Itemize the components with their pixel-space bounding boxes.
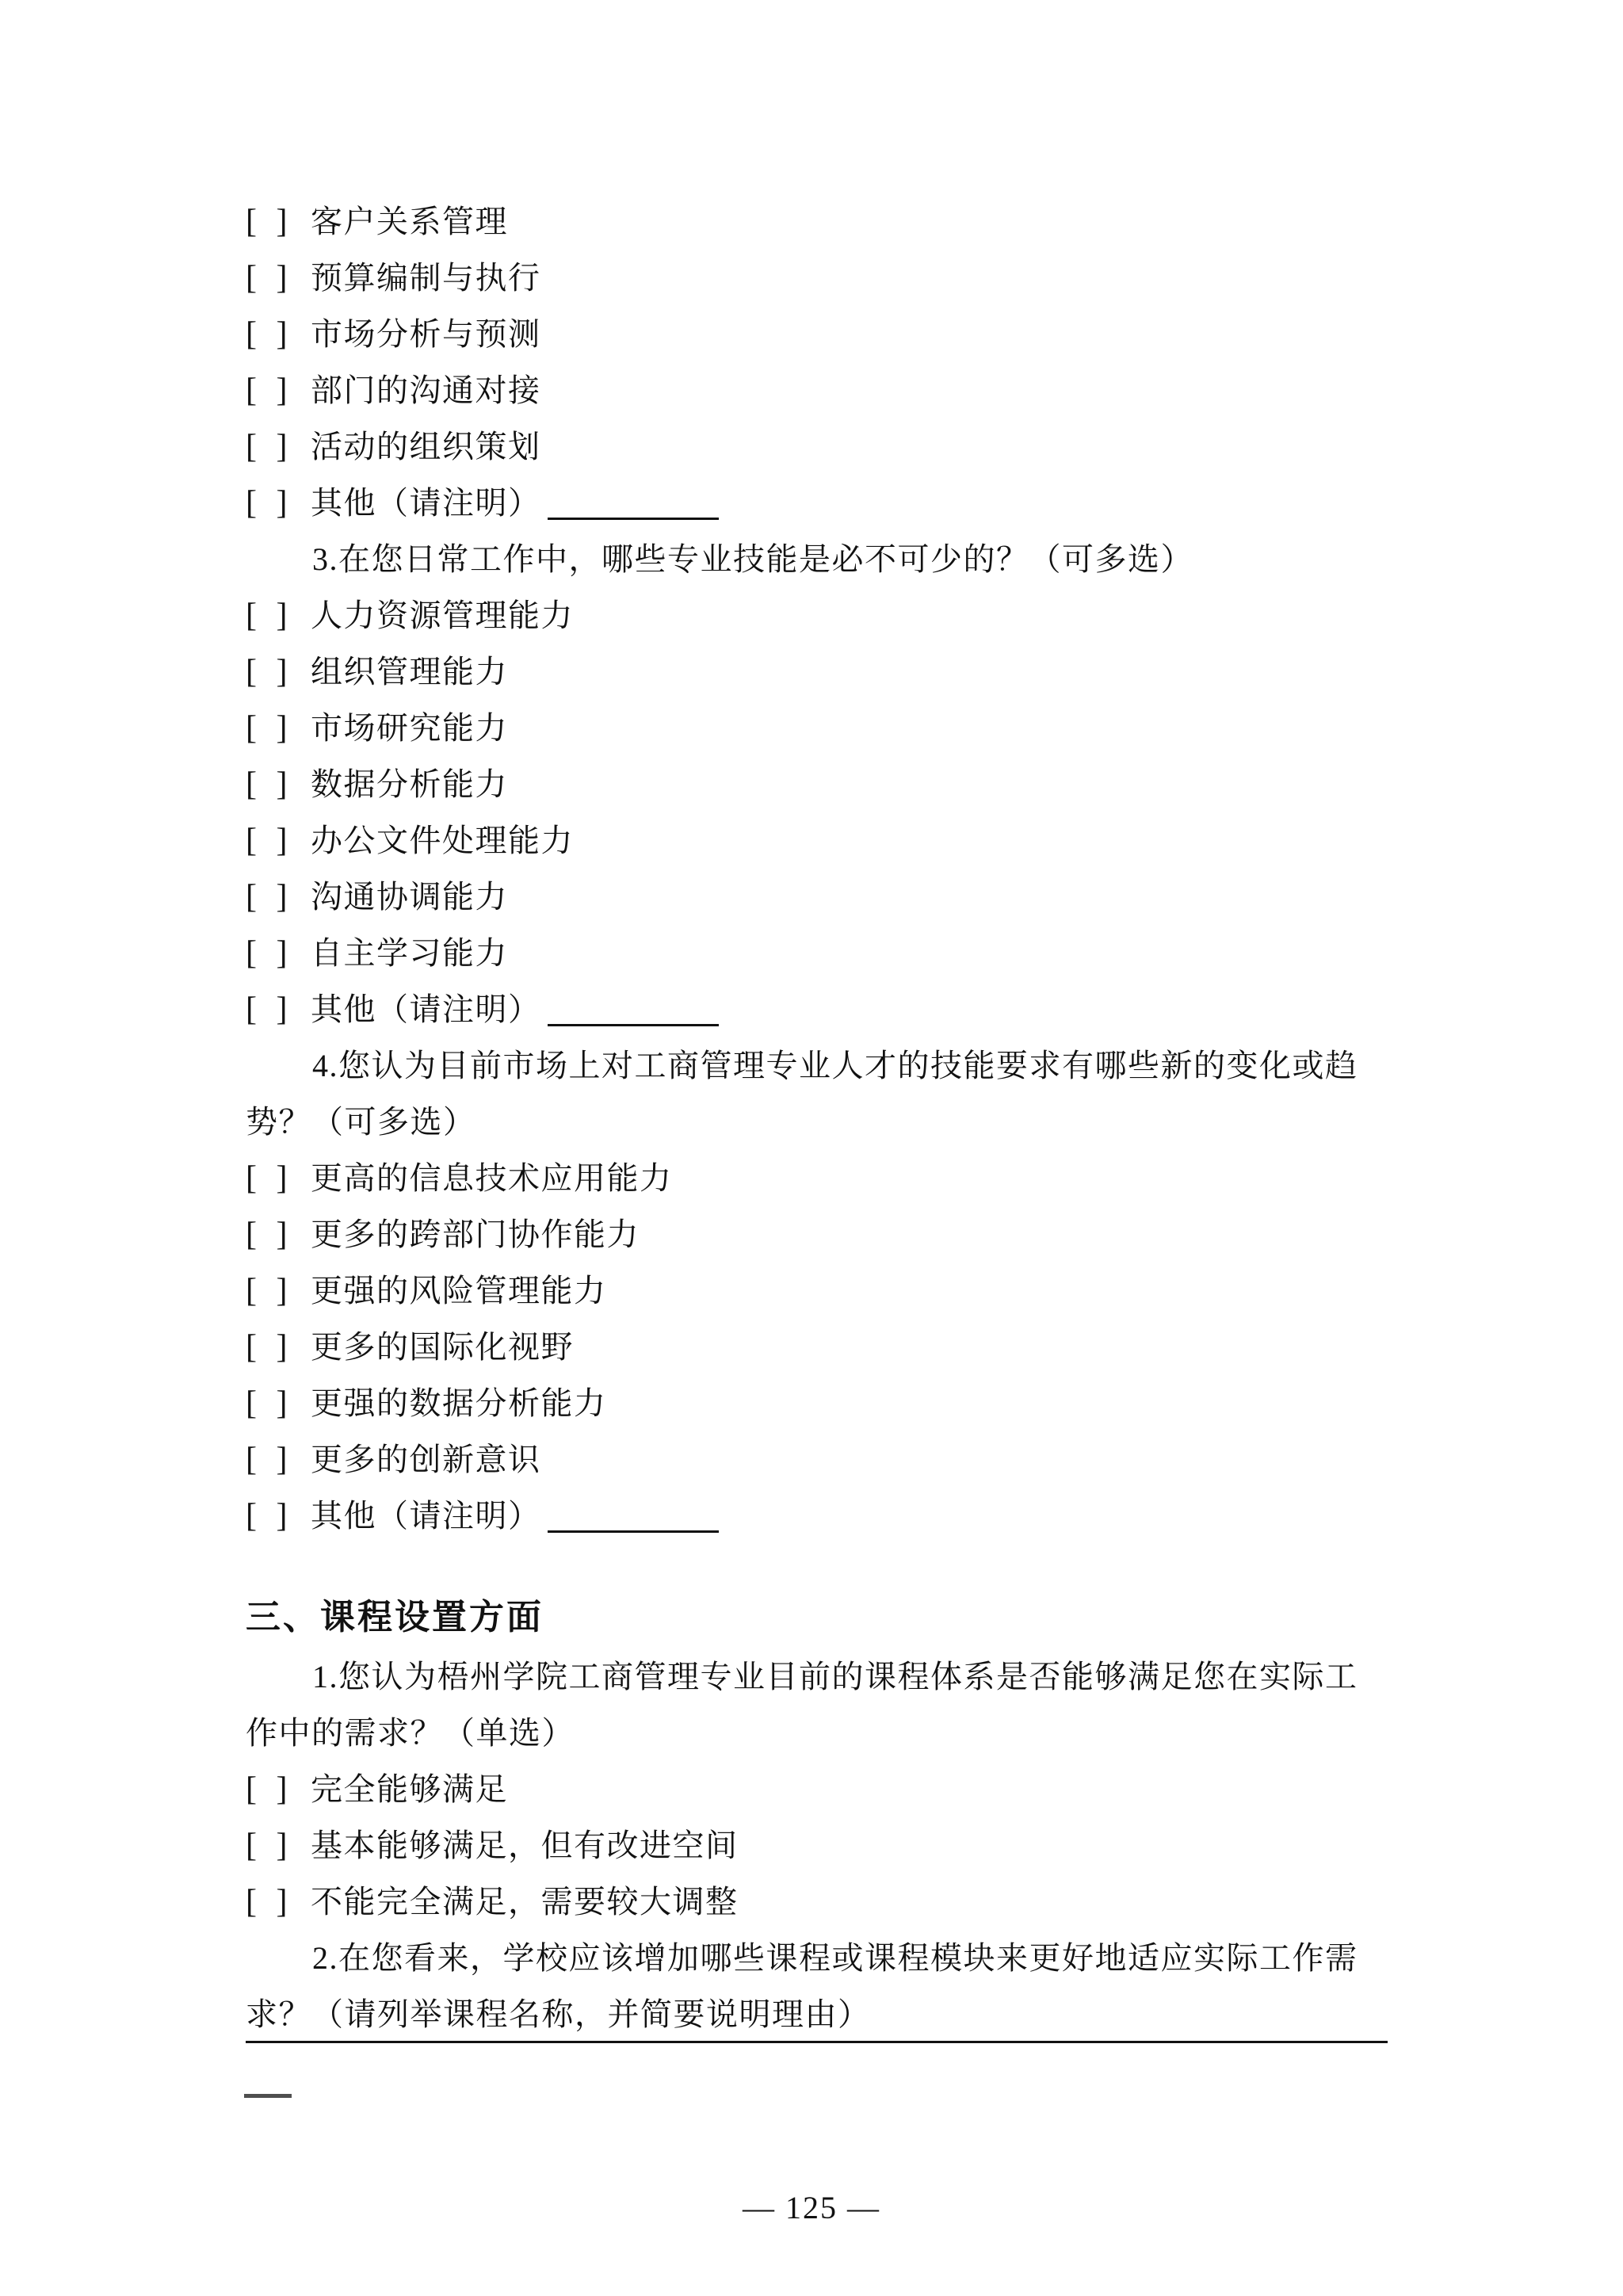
option-row: []人力资源管理能力 bbox=[246, 587, 1387, 644]
option-label: 更强的数据分析能力 bbox=[311, 1385, 607, 1421]
checkbox-right-bracket: ] bbox=[277, 1151, 289, 1207]
option-label: 不能完全满足，需要较大调整 bbox=[311, 1884, 739, 1920]
question-text: 4.您认为目前市场上对工商管理专业人才的技能要求有哪些新的变化或趋 bbox=[312, 1048, 1358, 1083]
question-text: 3.在您日常工作中，哪些专业技能是必不可少的？（可多选） bbox=[312, 541, 1193, 577]
checkbox-marker-icon: [] bbox=[246, 701, 288, 757]
option-row: []更高的信息技术应用能力 bbox=[246, 1150, 1387, 1206]
checkbox-left-bracket: [ bbox=[246, 982, 258, 1038]
checkbox-marker-icon: [] bbox=[246, 644, 288, 701]
option-row: []市场研究能力 bbox=[246, 700, 1387, 756]
checkbox-marker-icon: [] bbox=[246, 1874, 288, 1931]
checkbox-left-bracket: [ bbox=[246, 1151, 258, 1207]
checkbox-marker-icon: [] bbox=[246, 1151, 288, 1207]
checkbox-left-bracket: [ bbox=[246, 1376, 258, 1432]
option-row: []更强的数据分析能力 bbox=[246, 1375, 1387, 1431]
document-page: []客户关系管理[]预算编制与执行[]市场分析与预测[]部门的沟通对接[]活动的… bbox=[0, 0, 1623, 2296]
option-label: 更高的信息技术应用能力 bbox=[311, 1160, 673, 1196]
question-row: 4.您认为目前市场上对工商管理专业人才的技能要求有哪些新的变化或趋 bbox=[246, 1037, 1387, 1094]
option-label: 数据分析能力 bbox=[311, 766, 508, 802]
option-label: 其他（请注明） bbox=[311, 485, 541, 521]
option-label: 人力资源管理能力 bbox=[311, 598, 574, 633]
section-heading-text: 三、课程设置方面 bbox=[246, 1598, 544, 1637]
question-row: 1.您认为梧州学院工商管理专业目前的课程体系是否能够满足您在实际工 bbox=[246, 1648, 1387, 1705]
question-text: 2.在您看来，学校应该增加哪些课程或课程模块来更好地适应实际工作需 bbox=[312, 1940, 1358, 1976]
checkbox-marker-icon: [] bbox=[246, 982, 288, 1038]
checkbox-marker-icon: [] bbox=[246, 1488, 288, 1545]
checkbox-left-bracket: [ bbox=[246, 926, 258, 982]
option-row: []其他（请注明） bbox=[246, 981, 1387, 1037]
question-row: 2.在您看来，学校应该增加哪些课程或课程模块来更好地适应实际工作需 bbox=[246, 1930, 1387, 1986]
option-row: []部门的沟通对接 bbox=[246, 362, 1387, 418]
checkbox-left-bracket: [ bbox=[246, 1320, 258, 1376]
option-label: 更多的创新意识 bbox=[311, 1442, 541, 1477]
option-label: 更强的风险管理能力 bbox=[311, 1273, 607, 1308]
checkbox-marker-icon: [] bbox=[246, 926, 288, 982]
checkbox-right-bracket: ] bbox=[277, 757, 289, 813]
option-label: 基本能够满足，但有改进空间 bbox=[311, 1828, 739, 1863]
checkbox-left-bracket: [ bbox=[246, 1432, 258, 1488]
checkbox-marker-icon: [] bbox=[246, 419, 288, 476]
checkbox-marker-icon: [] bbox=[246, 1818, 288, 1874]
checkbox-marker-icon: [] bbox=[246, 1320, 288, 1376]
checkbox-marker-icon: [] bbox=[246, 1762, 288, 1818]
checkbox-right-bracket: ] bbox=[277, 588, 289, 644]
option-label: 办公文件处理能力 bbox=[311, 823, 574, 858]
checkbox-left-bracket: [ bbox=[246, 1263, 258, 1320]
option-label: 客户关系管理 bbox=[311, 204, 508, 239]
checkbox-left-bracket: [ bbox=[246, 869, 258, 926]
checkbox-right-bracket: ] bbox=[277, 194, 289, 250]
checkbox-right-bracket: ] bbox=[277, 363, 289, 419]
checkbox-right-bracket: ] bbox=[277, 1376, 289, 1432]
checkbox-marker-icon: [] bbox=[246, 363, 288, 419]
checkbox-left-bracket: [ bbox=[246, 757, 258, 813]
option-row: []更多的国际化视野 bbox=[246, 1319, 1387, 1375]
question-continuation-row: 作中的需求？（单选） bbox=[246, 1705, 1387, 1761]
question-continuation-row: 势？（可多选） bbox=[246, 1094, 1387, 1150]
checkbox-marker-icon: [] bbox=[246, 194, 288, 250]
option-row: []客户关系管理 bbox=[246, 193, 1387, 250]
page-number: — 125 — bbox=[743, 2190, 880, 2225]
checkbox-marker-icon: [] bbox=[246, 588, 288, 644]
option-row: []更多的跨部门协作能力 bbox=[246, 1206, 1387, 1263]
checkbox-marker-icon: [] bbox=[246, 1263, 288, 1320]
checkbox-left-bracket: [ bbox=[246, 813, 258, 869]
checkbox-left-bracket: [ bbox=[246, 363, 258, 419]
option-row: []市场分析与预测 bbox=[246, 306, 1387, 362]
option-row: []办公文件处理能力 bbox=[246, 812, 1387, 869]
checkbox-left-bracket: [ bbox=[246, 701, 258, 757]
checkbox-left-bracket: [ bbox=[246, 476, 258, 532]
checkbox-marker-icon: [] bbox=[246, 1432, 288, 1488]
checkbox-left-bracket: [ bbox=[246, 1874, 258, 1931]
option-label: 更多的国际化视野 bbox=[311, 1329, 574, 1365]
option-row: []更多的创新意识 bbox=[246, 1431, 1387, 1488]
question-text: 作中的需求？（单选） bbox=[246, 1715, 575, 1751]
option-row: []完全能够满足 bbox=[246, 1761, 1387, 1817]
checkbox-left-bracket: [ bbox=[246, 419, 258, 476]
fill-in-blank-line bbox=[548, 508, 719, 520]
option-row: []活动的组织策划 bbox=[246, 418, 1387, 475]
checkbox-right-bracket: ] bbox=[277, 982, 289, 1038]
checkbox-left-bracket: [ bbox=[246, 1818, 258, 1874]
checkbox-right-bracket: ] bbox=[277, 1263, 289, 1320]
checkbox-right-bracket: ] bbox=[277, 1432, 289, 1488]
checkbox-left-bracket: [ bbox=[246, 644, 258, 701]
option-row: []基本能够满足，但有改进空间 bbox=[246, 1817, 1387, 1874]
fill-in-blank-line bbox=[548, 1014, 719, 1026]
questionnaire-body: []客户关系管理[]预算编制与执行[]市场分析与预测[]部门的沟通对接[]活动的… bbox=[246, 193, 1387, 2042]
checkbox-marker-icon: [] bbox=[246, 476, 288, 532]
option-row: []组织管理能力 bbox=[246, 644, 1387, 700]
option-label: 沟通协调能力 bbox=[311, 879, 508, 915]
checkbox-right-bracket: ] bbox=[277, 1488, 289, 1545]
checkbox-marker-icon: [] bbox=[246, 869, 288, 926]
option-label: 完全能够满足 bbox=[311, 1771, 508, 1807]
option-row: []数据分析能力 bbox=[246, 756, 1387, 812]
question-row: 3.在您日常工作中，哪些专业技能是必不可少的？（可多选） bbox=[246, 531, 1387, 587]
fill-in-blank-line bbox=[548, 1521, 719, 1533]
checkbox-right-bracket: ] bbox=[277, 644, 289, 701]
option-row: []自主学习能力 bbox=[246, 925, 1387, 981]
option-label: 部门的沟通对接 bbox=[311, 372, 541, 408]
checkbox-right-bracket: ] bbox=[277, 813, 289, 869]
option-label: 市场研究能力 bbox=[311, 710, 508, 746]
question-text: 求？（请列举课程名称，并简要说明理由） bbox=[246, 1996, 871, 2032]
checkbox-left-bracket: [ bbox=[246, 1207, 258, 1263]
option-row: []预算编制与执行 bbox=[246, 250, 1387, 306]
page-footer: — 125 — bbox=[0, 2189, 1623, 2226]
answer-line bbox=[246, 2041, 1388, 2043]
checkbox-right-bracket: ] bbox=[277, 869, 289, 926]
checkbox-marker-icon: [] bbox=[246, 307, 288, 363]
question-continuation-row: 求？（请列举课程名称，并简要说明理由） bbox=[246, 1986, 1387, 2042]
checkbox-right-bracket: ] bbox=[277, 1320, 289, 1376]
option-label: 更多的跨部门协作能力 bbox=[311, 1217, 640, 1252]
section-heading-row: 三、课程设置方面 bbox=[246, 1587, 1387, 1648]
checkbox-left-bracket: [ bbox=[246, 1762, 258, 1818]
checkbox-right-bracket: ] bbox=[277, 926, 289, 982]
checkbox-marker-icon: [] bbox=[246, 757, 288, 813]
question-text: 1.您认为梧州学院工商管理专业目前的课程体系是否能够满足您在实际工 bbox=[312, 1659, 1358, 1694]
checkbox-marker-icon: [] bbox=[246, 250, 288, 307]
checkbox-left-bracket: [ bbox=[246, 307, 258, 363]
option-label: 自主学习能力 bbox=[311, 935, 508, 971]
checkbox-right-bracket: ] bbox=[277, 250, 289, 307]
checkbox-right-bracket: ] bbox=[277, 701, 289, 757]
checkbox-right-bracket: ] bbox=[277, 419, 289, 476]
checkbox-marker-icon: [] bbox=[246, 813, 288, 869]
checkbox-marker-icon: [] bbox=[246, 1207, 288, 1263]
checkbox-right-bracket: ] bbox=[277, 476, 289, 532]
checkbox-left-bracket: [ bbox=[246, 1488, 258, 1545]
checkbox-marker-icon: [] bbox=[246, 1376, 288, 1432]
option-row: []其他（请注明） bbox=[246, 1488, 1387, 1544]
checkbox-right-bracket: ] bbox=[277, 307, 289, 363]
option-row: []沟通协调能力 bbox=[246, 869, 1387, 925]
option-label: 市场分析与预测 bbox=[311, 316, 541, 352]
option-label: 活动的组织策划 bbox=[311, 429, 541, 464]
option-label: 预算编制与执行 bbox=[311, 260, 541, 296]
option-row: []更强的风险管理能力 bbox=[246, 1263, 1387, 1319]
checkbox-right-bracket: ] bbox=[277, 1874, 289, 1931]
answer-line-short bbox=[244, 2094, 292, 2098]
checkbox-left-bracket: [ bbox=[246, 250, 258, 307]
option-row: []其他（请注明） bbox=[246, 475, 1387, 531]
checkbox-left-bracket: [ bbox=[246, 194, 258, 250]
option-label: 其他（请注明） bbox=[311, 1498, 541, 1534]
option-row: []不能完全满足，需要较大调整 bbox=[246, 1874, 1387, 1930]
checkbox-right-bracket: ] bbox=[277, 1762, 289, 1818]
checkbox-right-bracket: ] bbox=[277, 1207, 289, 1263]
checkbox-right-bracket: ] bbox=[277, 1818, 289, 1874]
option-label: 其他（请注明） bbox=[311, 991, 541, 1027]
checkbox-left-bracket: [ bbox=[246, 588, 258, 644]
question-text: 势？（可多选） bbox=[246, 1104, 476, 1140]
option-label: 组织管理能力 bbox=[311, 654, 508, 690]
